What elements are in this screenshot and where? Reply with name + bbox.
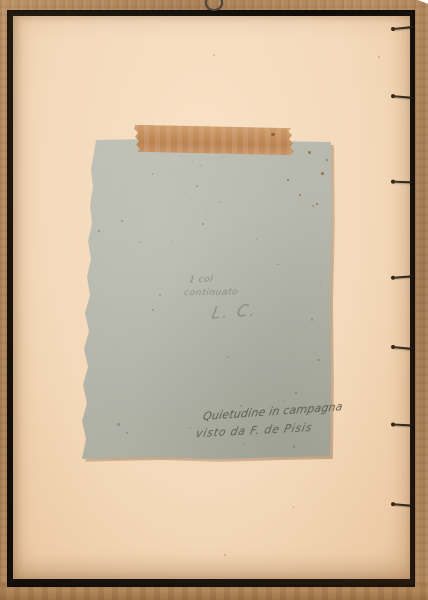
paper-speck (121, 220, 123, 222)
paper-speck (186, 193, 187, 194)
pencil-inscription-center-line2: continuato (183, 288, 239, 299)
paper-speck (180, 155, 182, 157)
paper-speck (309, 393, 310, 394)
paper-speck (311, 318, 313, 320)
paper-speck (317, 387, 318, 388)
foxing-spot (316, 203, 318, 205)
paper-speck (200, 165, 201, 166)
paper-speck (117, 423, 119, 425)
paper-speck (139, 242, 141, 244)
photo-background-corner (418, 0, 428, 7)
paper-speck (126, 432, 128, 434)
paper-speck (192, 161, 193, 162)
foxing-spot (308, 151, 311, 154)
pencil-inscription-center-line1: 1 col (188, 275, 213, 286)
paper-speck (98, 230, 99, 231)
paper-speck (206, 210, 207, 211)
paper-speck (202, 223, 204, 225)
foxing-spot (321, 172, 324, 175)
foxing-spot (299, 194, 301, 196)
paper-speck (171, 241, 172, 242)
tape-stain-spot (271, 133, 275, 136)
paper-speck (152, 309, 154, 311)
paper-speck (317, 359, 319, 361)
paper-speck (293, 445, 295, 447)
paper-speck (228, 356, 230, 358)
mat-speck (293, 506, 295, 508)
paper-speck (152, 173, 154, 175)
foxing-spot (287, 179, 289, 181)
paper-speck (189, 428, 190, 429)
foxing-spot (326, 159, 328, 161)
paper-speck (283, 401, 285, 403)
paper-speck (220, 328, 221, 329)
mat-speck (378, 56, 380, 58)
paper-speck (196, 185, 198, 187)
paper-speck (256, 239, 257, 240)
paper-speck (295, 392, 297, 394)
paper-speck (159, 294, 161, 296)
mat-speck (213, 54, 215, 56)
paper-speck (220, 201, 222, 203)
paper-speck (312, 205, 314, 207)
mat-speck (224, 554, 226, 556)
gummed-tape-strip (133, 125, 294, 156)
photograph-framed-artwork-verso: 1 col continuato L. C. Quietudine in cam… (0, 0, 428, 600)
paper-speck (243, 443, 244, 444)
pencil-monogram: L. C. (210, 300, 259, 322)
paper-speck (320, 282, 321, 283)
paper-speck (277, 264, 278, 265)
